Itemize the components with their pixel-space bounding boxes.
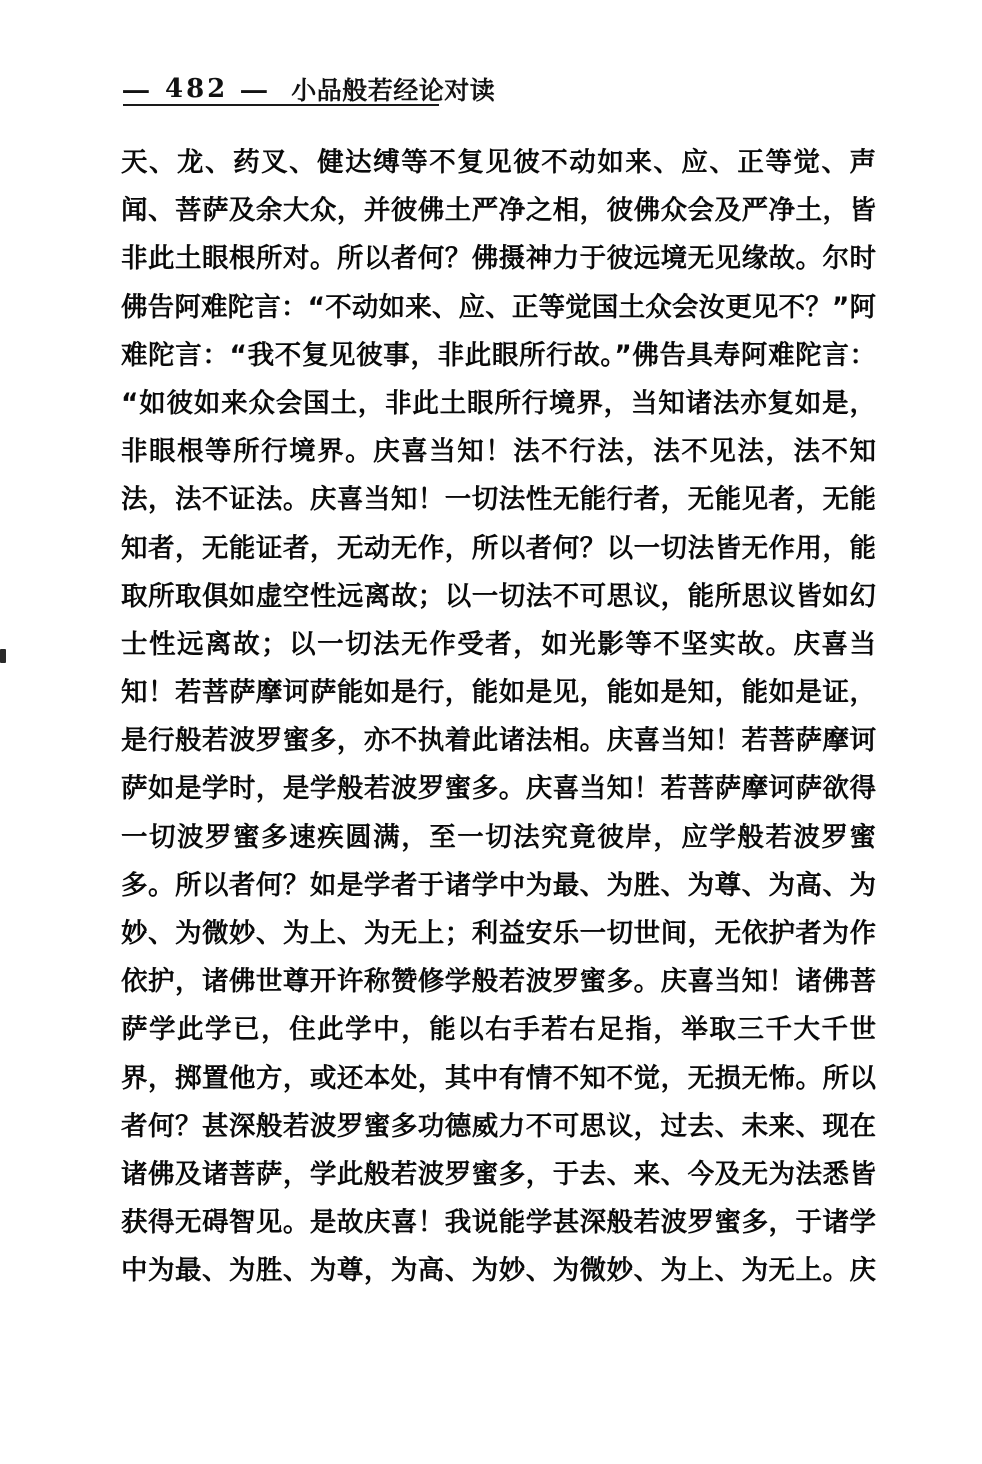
text-line: 难陀言：“我不复见彼事，非此眼所行故。”佛告具寿阿难陀言： [121, 332, 876, 380]
text-line: 获得无碍智见。是故庆喜！我说能学甚深般若波罗蜜多，于诸学 [121, 1199, 876, 1247]
text-line: 妙、为微妙、为上、为无上；利益安乐一切世间，无依护者为作 [121, 910, 876, 958]
text-line: 多。所以者何？如是学者于诸学中为最、为胜、为尊、为高、为 [121, 862, 876, 910]
text-line: 萨如是学时，是学般若波罗蜜多。庆喜当知！若菩萨摩诃萨欲得 [121, 765, 876, 813]
header-underline [123, 104, 439, 106]
header-dash-left: — [122, 75, 152, 104]
text-line: 非眼根等所行境界。庆喜当知！法不行法，法不见法，法不知 [121, 428, 876, 476]
text-line: 知！若菩萨摩诃萨能如是行，能如是见，能如是知，能如是证， [121, 669, 876, 717]
header-dash-right: — [240, 75, 270, 104]
text-line: 依护，诸佛世尊开许称赞修学般若波罗蜜多。庆喜当知！诸佛菩 [121, 958, 876, 1006]
text-line: 士性远离故；以一切法无作受者，如光影等不坚实故。庆喜当 [121, 621, 876, 669]
text-line: 萨学此学已，住此学中，能以右手若右足指，举取三千大千世 [121, 1006, 876, 1054]
text-line: 非此土眼根所对。所以者何？佛摄神力于彼远境无见缘故。尔时 [121, 235, 876, 283]
text-line: 是行般若波罗蜜多，亦不执着此诸法相。庆喜当知！若菩萨摩诃 [121, 717, 876, 765]
text-line: 者何？甚深般若波罗蜜多功德威力不可思议，过去、未来、现在 [121, 1103, 876, 1151]
text-line: 一切波罗蜜多速疾圆满，至一切法究竟彼岸，应学般若波罗蜜 [121, 814, 876, 862]
text-line: 闻、菩萨及余大众，并彼佛土严净之相，彼佛众会及严净土，皆 [121, 187, 876, 235]
text-line: 界，掷置他方，或还本处，其中有情不知不觉，无损无怖。所以 [121, 1055, 876, 1103]
page-header: — 482 — 小品般若经论对读 [124, 74, 495, 104]
book-page: — 482 — 小品般若经论对读 天、龙、药叉、健达缚等不复见彼不动如来、应、正… [0, 0, 982, 1464]
body-text: 天、龙、药叉、健达缚等不复见彼不动如来、应、正等觉、声 闻、菩萨及余大众，并彼佛… [121, 139, 876, 1296]
text-line: 知者，无能证者，无动无作，所以者何？以一切法皆无作用，能 [121, 525, 876, 573]
text-line: 中为最、为胜、为尊，为高、为妙、为微妙、为上、为无上。庆 [121, 1247, 876, 1295]
text-line: “如彼如来众会国土，非此土眼所行境界，当知诸法亦复如是， [121, 380, 876, 428]
text-line: 取所取俱如虚空性远离故；以一切法不可思议，能所思议皆如幻 [121, 573, 876, 621]
book-title: 小品般若经论对读 [291, 71, 495, 107]
page-number: 482 [165, 74, 228, 104]
scan-artifact [0, 649, 6, 663]
text-line: 天、龙、药叉、健达缚等不复见彼不动如来、应、正等觉、声 [121, 139, 876, 187]
text-line: 法，法不证法。庆喜当知！一切法性无能行者，无能见者，无能 [121, 476, 876, 524]
text-line: 诸佛及诸菩萨，学此般若波罗蜜多，于去、来、今及无为法悉皆 [121, 1151, 876, 1199]
text-line: 佛告阿难陀言：“不动如来、应、正等觉国土众会汝更见不？”阿 [121, 284, 876, 332]
